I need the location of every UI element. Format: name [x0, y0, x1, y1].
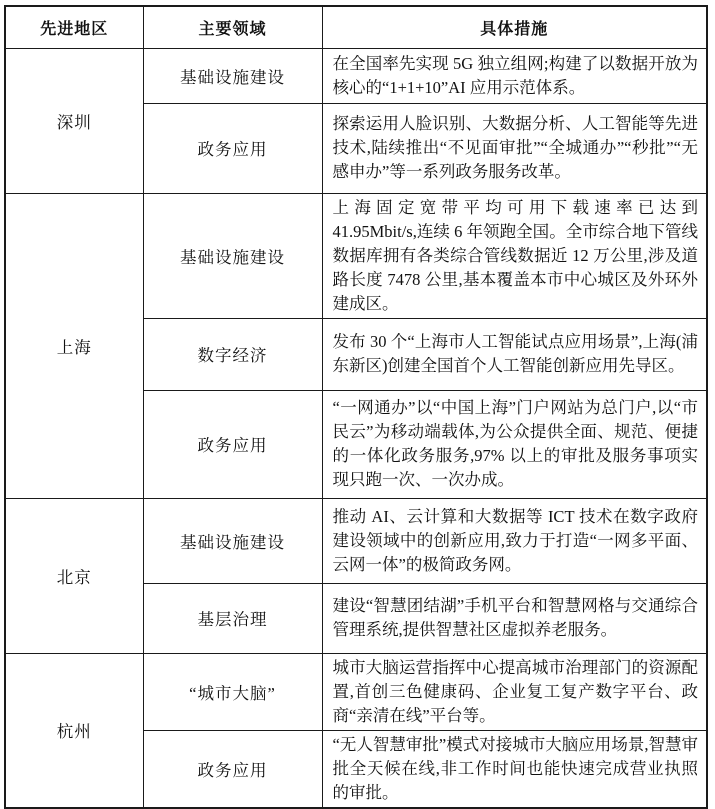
table-row-beijing-infrastructure: 北京 基础设施建设 推动 AI、云计算和大数据等 ICT 技术在数字政府建设领域… [5, 498, 707, 583]
field-cell-shanghai-digital-economy: 数字经济 [143, 318, 322, 390]
header-row: 先进地区 主要领域 具体措施 [5, 6, 707, 48]
measure-cell-shanghai-digital-economy: 发布 30 个“上海市人工智能试点应用场景”,上海(浦东新区)创建全国首个人工智… [322, 318, 707, 390]
field-cell-shenzhen-infrastructure: 基础设施建设 [143, 48, 322, 103]
table-row-shenzhen-infrastructure: 深圳 基础设施建设 在全国率先实现 5G 独立组网;构建了以数据开放为核心的“1… [5, 48, 707, 103]
column-header-region: 先进地区 [5, 6, 143, 48]
measure-cell-shenzhen-infrastructure: 在全国率先实现 5G 独立组网;构建了以数据开放为核心的“1+1+10”AI 应… [322, 48, 707, 103]
measure-cell-hangzhou-city-brain: 城市大脑运营指挥中心提高城市治理部门的资源配置,首创三色健康码、企业复工复产数字… [322, 653, 707, 730]
document-page: 先进地区 主要领域 具体措施 深圳 基础设施建设 在全国率先实现 5G 独立组网… [0, 0, 715, 798]
region-cell-beijing: 北京 [5, 498, 143, 653]
table-row-shanghai-infrastructure: 上海 基础设施建设 上海固定宽带平均可用下载速率已达到 41.95Mbit/s,… [5, 193, 707, 318]
field-cell-shanghai-infrastructure: 基础设施建设 [143, 193, 322, 318]
field-cell-beijing-infrastructure: 基础设施建设 [143, 498, 322, 583]
field-cell-shenzhen-government: 政务应用 [143, 103, 322, 193]
region-cell-hangzhou: 杭州 [5, 653, 143, 808]
field-cell-hangzhou-government: 政务应用 [143, 730, 322, 808]
field-cell-beijing-grassroots: 基层治理 [143, 583, 322, 653]
smart-city-regions-table: 先进地区 主要领域 具体措施 深圳 基础设施建设 在全国率先实现 5G 独立组网… [4, 5, 708, 809]
measure-cell-beijing-infrastructure: 推动 AI、云计算和大数据等 ICT 技术在数字政府建设领域中的创新应用,致力于… [322, 498, 707, 583]
measure-cell-hangzhou-government: “无人智慧审批”模式对接城市大脑应用场景,智慧审批全天候在线,非工作时间也能快速… [322, 730, 707, 808]
region-cell-shanghai: 上海 [5, 193, 143, 498]
column-header-field: 主要领域 [143, 6, 322, 48]
measure-cell-shenzhen-government: 探索运用人脸识别、大数据分析、人工智能等先进技术,陆续推出“不见面审批”“全城通… [322, 103, 707, 193]
region-cell-shenzhen: 深圳 [5, 48, 143, 193]
measure-cell-beijing-grassroots: 建设“智慧团结湖”手机平台和智慧网格与交通综合管理系统,提供智慧社区虚拟养老服务… [322, 583, 707, 653]
measure-cell-shanghai-infrastructure: 上海固定宽带平均可用下载速率已达到 41.95Mbit/s,连续 6 年领跑全国… [322, 193, 707, 318]
field-cell-shanghai-government: 政务应用 [143, 390, 322, 498]
column-header-measures: 具体措施 [322, 6, 707, 48]
table-row-hangzhou-city-brain: 杭州 “城市大脑” 城市大脑运营指挥中心提高城市治理部门的资源配置,首创三色健康… [5, 653, 707, 730]
measure-cell-shanghai-government: “一网通办”以“中国上海”门户网站为总门户,以“市民云”为移动端载体,为公众提供… [322, 390, 707, 498]
field-cell-hangzhou-city-brain: “城市大脑” [143, 653, 322, 730]
